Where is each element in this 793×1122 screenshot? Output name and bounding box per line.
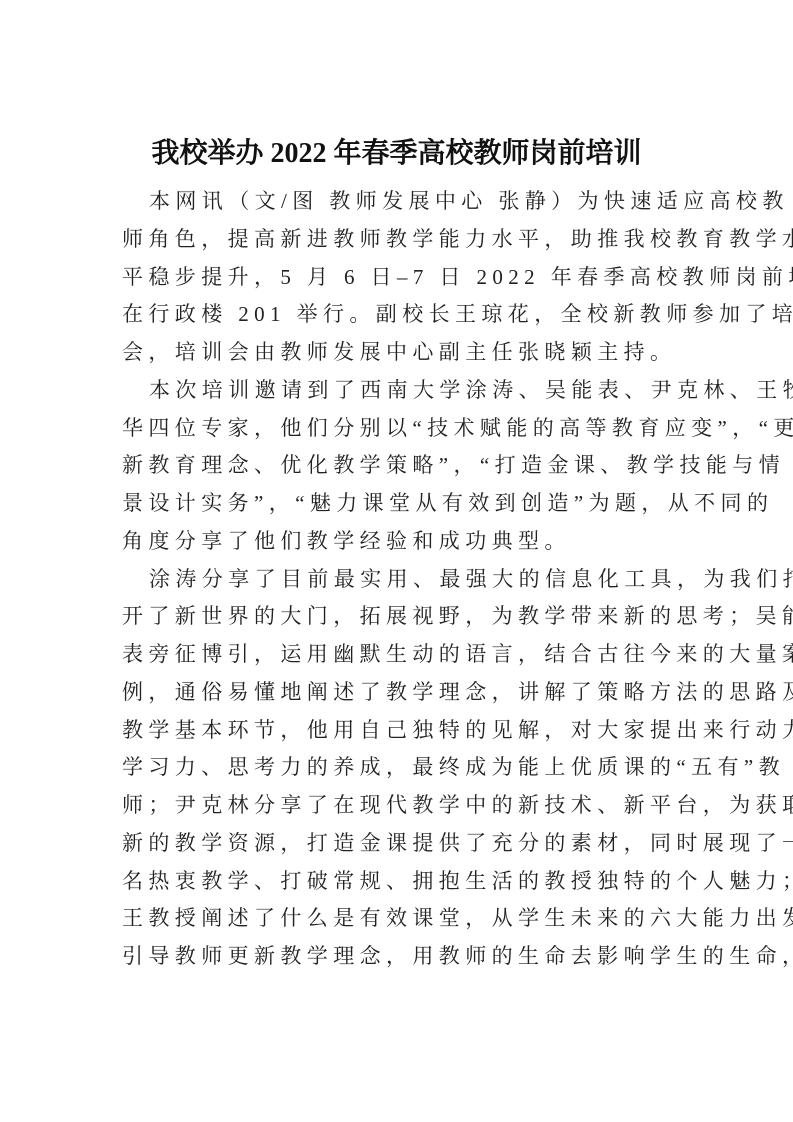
text-line: 涂涛分享了目前最实用、最强大的信息化工具，为我们打	[122, 561, 674, 599]
text-line: 表旁征博引，运用幽默生动的语言，结合古往今来的大量案	[122, 636, 674, 674]
text-line: 新的教学资源，打造金课提供了充分的素材，同时展现了一	[122, 825, 674, 863]
text-line: 本次培训邀请到了西南大学涂涛、吴能表、尹克林、王牧	[122, 372, 674, 410]
text-line: 在行政楼 201 举行。副校长王琼花，全校新教师参加了培训	[122, 296, 674, 334]
text-line: 师角色，提高新进教师教学能力水平，助推我校教育教学水	[122, 221, 674, 259]
text-line: 引导教师更新教学理念，用教师的生命去影响学生的生命，	[122, 938, 674, 976]
text-line: 开了新世界的大门，拓展视野，为教学带来新的思考；吴能	[122, 598, 674, 636]
paragraph-3: 涂涛分享了目前最实用、最强大的信息化工具，为我们打 开了新世界的大门，拓展视野，…	[122, 561, 674, 976]
text-line: 例，通俗易懂地阐述了教学理念，讲解了策略方法的思路及	[122, 674, 674, 712]
text-line: 新教育理念、优化教学策略”，“打造金课、教学技能与情	[122, 447, 674, 485]
text-line: 平稳步提升，5 月 6 日–7 日 2022 年春季高校教师岗前培训	[122, 259, 674, 297]
text-line: 角度分享了他们教学经验和成功典型。	[122, 523, 674, 561]
text-line: 华四位专家，他们分别以“技术赋能的高等教育应变”，“更	[122, 410, 674, 448]
text-line: 师；尹克林分享了在现代教学中的新技术、新平台，为获取	[122, 787, 674, 825]
article-body: 本网讯（文/图 教师发展中心 张静）为快速适应高校教 师角色，提高新进教师教学能…	[122, 183, 674, 976]
text-line: 会，培训会由教师发展中心副主任张晓颖主持。	[122, 334, 674, 372]
text-line: 名热衷教学、打破常规、拥抱生活的教授独特的个人魅力；	[122, 863, 674, 901]
article-title: 我校举办 2022 年春季高校教师岗前培训	[0, 134, 793, 174]
text-line: 教学基本环节，他用自己独特的见解，对大家提出来行动力、	[122, 712, 674, 750]
text-line: 景设计实务”，“魅力课堂从有效到创造”为题，从不同的	[122, 485, 674, 523]
text-line: 学习力、思考力的养成，最终成为能上优质课的“五有”教	[122, 749, 674, 787]
paragraph-1: 本网讯（文/图 教师发展中心 张静）为快速适应高校教 师角色，提高新进教师教学能…	[122, 183, 674, 372]
text-line: 王教授阐述了什么是有效课堂，从学生未来的六大能力出发	[122, 900, 674, 938]
paragraph-2: 本次培训邀请到了西南大学涂涛、吴能表、尹克林、王牧 华四位专家，他们分别以“技术…	[122, 372, 674, 561]
text-line: 本网讯（文/图 教师发展中心 张静）为快速适应高校教	[122, 183, 674, 221]
document-page: 我校举办 2022 年春季高校教师岗前培训 本网讯（文/图 教师发展中心 张静）…	[0, 0, 793, 1122]
